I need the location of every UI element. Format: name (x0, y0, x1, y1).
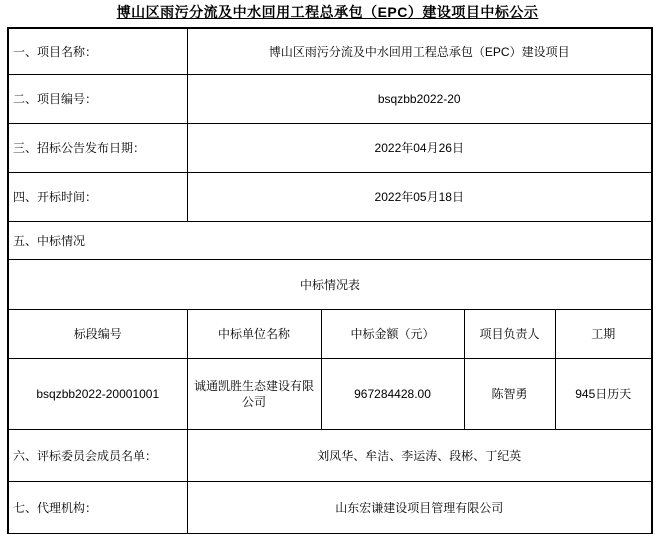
column-header-duration: 工期 (555, 310, 652, 359)
row-evaluation-committee: 六、评标委员会成员名单： 刘凤华、牟洁、李运涛、段彬、丁纪英 (8, 430, 652, 482)
column-header-winning-amount: 中标金额（元） (321, 310, 464, 359)
row-agency: 七、代理机构： 山东宏谦建设项目管理有限公司 (8, 482, 652, 534)
row-project-name: 一、项目名称： 博山区雨污分流及中水回用工程总承包（EPC）建设项目 (8, 28, 652, 75)
cell-project-manager: 陈智勇 (464, 359, 555, 430)
award-section-heading: 五、中标情况 (8, 222, 652, 260)
bid-opening-time-label: 四、开标时间： (8, 173, 187, 222)
row-award-table-title: 中标情况表 (8, 260, 652, 310)
announcement-date-label: 三、招标公告发布日期： (8, 124, 187, 173)
evaluation-committee-label: 六、评标委员会成员名单： (8, 430, 187, 482)
column-header-section-number: 标段编号 (8, 310, 187, 359)
announcement-date-value: 2022年04月26日 (187, 124, 652, 173)
cell-winning-amount: 967284428.00 (321, 359, 464, 430)
row-bid-opening-time: 四、开标时间： 2022年05月18日 (8, 173, 652, 222)
project-number-label: 二、项目编号： (8, 75, 187, 124)
agency-label: 七、代理机构： (8, 482, 187, 534)
project-name-label: 一、项目名称： (8, 28, 187, 75)
project-number-value: bsqzbb2022-20 (187, 75, 652, 124)
award-table-title: 中标情况表 (8, 260, 652, 310)
row-project-number: 二、项目编号： bsqzbb2022-20 (8, 75, 652, 124)
page-title: 博山区雨污分流及中水回用工程总承包（EPC）建设项目中标公示 (0, 0, 655, 21)
award-table-header-row: 标段编号 中标单位名称 中标金额（元） 项目负责人 工期 (8, 310, 652, 359)
row-award-section-heading: 五、中标情况 (8, 222, 652, 260)
column-header-winning-company: 中标单位名称 (187, 310, 321, 359)
cell-winning-company: 诚通凯胜生态建设有限公司 (187, 359, 321, 430)
award-table-data-row: bsqzbb2022-20001001 诚通凯胜生态建设有限公司 9672844… (8, 359, 652, 430)
bid-opening-time-value: 2022年05月18日 (187, 173, 652, 222)
agency-value: 山东宏谦建设项目管理有限公司 (187, 482, 652, 534)
evaluation-committee-value: 刘凤华、牟洁、李运涛、段彬、丁纪英 (187, 430, 652, 482)
cell-section-number: bsqzbb2022-20001001 (8, 359, 187, 430)
announcement-page: 博山区雨污分流及中水回用工程总承包（EPC）建设项目中标公示 一、项目名称： 博… (0, 0, 655, 534)
column-header-project-manager: 项目负责人 (464, 310, 555, 359)
cell-duration: 945日历天 (555, 359, 652, 430)
row-announcement-date: 三、招标公告发布日期： 2022年04月26日 (8, 124, 652, 173)
project-name-value: 博山区雨污分流及中水回用工程总承包（EPC）建设项目 (187, 28, 652, 75)
announcement-table: 一、项目名称： 博山区雨污分流及中水回用工程总承包（EPC）建设项目 二、项目编… (7, 27, 653, 534)
